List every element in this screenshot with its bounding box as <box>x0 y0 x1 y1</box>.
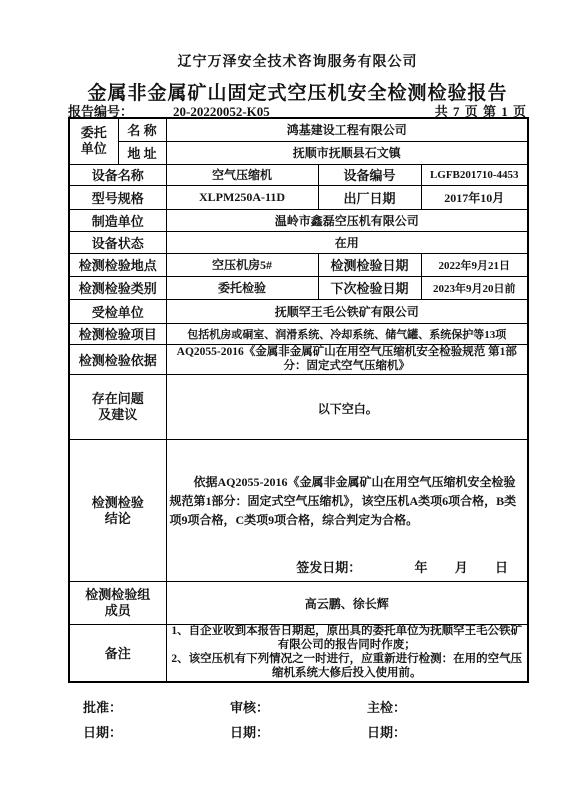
inspection-basis-label: 检测检验依据 <box>69 344 166 375</box>
approve-date-label: 日期： <box>83 722 122 741</box>
inspection-location-value: 空压机房5# <box>166 253 318 276</box>
client-address-label: 地 址 <box>118 141 166 164</box>
mfg-date-value: 2017年10月 <box>421 185 528 209</box>
device-status-value: 在用 <box>166 231 528 253</box>
inspected-unit-label: 受检单位 <box>69 299 166 323</box>
sign-date-line: 签发日期： 年 月 日 <box>170 557 525 576</box>
sign-date-day: 日 <box>495 560 508 575</box>
inspection-date-label: 检测检验日期 <box>318 253 421 276</box>
device-name-label: 设备名称 <box>69 164 166 185</box>
problems-value: 以下空白。 <box>166 375 528 440</box>
approve-label: 批准： <box>83 697 122 716</box>
review-label: 审核： <box>230 697 269 716</box>
notes-value: 1、自企业收到本报告日期起，原出具的委托单位为抚顺罕王毛公铁矿有限公司的报告同时… <box>166 625 528 682</box>
inspection-category-label: 检测检验类别 <box>69 276 166 299</box>
conclusion-text: 依据AQ2055-2016《金属非金属矿山在用空气压缩机安全检验规范第1部分：固… <box>170 473 523 531</box>
inspection-basis-value: AQ2055-2016《金属非金属矿山在用空气压缩机安全检验规范 第1部分：固定… <box>166 344 528 375</box>
device-name-value: 空气压缩机 <box>166 164 318 185</box>
problems-label: 存在问题 及建议 <box>69 375 166 440</box>
report-header: 辽宁万泽安全技术咨询服务有限公司 金属非金属矿山固定式空压机安全检测检验报告 <box>68 51 527 105</box>
client-group-label: 委托 单位 <box>69 118 118 164</box>
report-page: 辽宁万泽安全技术咨询服务有限公司 金属非金属矿山固定式空压机安全检测检验报告 报… <box>0 0 567 802</box>
device-status-label: 设备状态 <box>69 231 166 253</box>
inspection-date-value: 2022年9月21日 <box>421 253 528 276</box>
notes-label: 备注 <box>69 625 166 682</box>
team-members-value: 高云鹏、徐长辉 <box>166 582 528 625</box>
sign-date-label: 签发日期： <box>296 560 361 575</box>
organization-name: 辽宁万泽安全技术咨询服务有限公司 <box>68 51 527 71</box>
inspection-form-table: 委托 单位 名 称 鸿基建设工程有限公司 地 址 抚顺市抚顺县石文镇 设备名称 … <box>68 117 529 683</box>
review-date-label: 日期： <box>230 722 269 741</box>
conclusion-value: 依据AQ2055-2016《金属非金属矿山在用空气压缩机安全检验规范第1部分：固… <box>166 440 528 582</box>
mfg-date-label: 出厂日期 <box>318 185 421 209</box>
next-inspection-date-value: 2023年9月20日前 <box>421 276 528 299</box>
signature-date-row: 日期： 日期： 日期： <box>68 722 527 742</box>
model-spec-label: 型号规格 <box>69 185 166 209</box>
signature-row: 批准： 审核： 主检： <box>68 697 527 717</box>
manufacturer-label: 制造单位 <box>69 209 166 231</box>
conclusion-label: 检测检验 结论 <box>69 440 166 582</box>
model-spec-value: XLPM250A-11D <box>166 185 318 209</box>
inspection-category-value: 委托检验 <box>166 276 318 299</box>
manufacturer-value: 温岭市鑫磊空压机有限公司 <box>166 209 528 231</box>
chief-date-label: 日期： <box>367 722 406 741</box>
device-number-value: LGFB201710-4453 <box>421 164 528 185</box>
inspected-unit-value: 抚顺罕王毛公铁矿有限公司 <box>166 299 528 323</box>
next-inspection-date-label: 下次检验日期 <box>318 276 421 299</box>
note-item-2: 2、该空压机有下列情况之一时进行，应重新进行检测：在用的空气压缩机系统大修后投入… <box>170 653 525 681</box>
sign-date-year: 年 <box>414 560 427 575</box>
inspection-items-value: 包括机房或硐室、润滑系统、冷却系统、储气罐、系统保护等13项 <box>166 323 528 344</box>
client-name-label: 名 称 <box>118 118 166 141</box>
inspection-location-label: 检测检验地点 <box>69 253 166 276</box>
sign-date-month: 月 <box>455 560 468 575</box>
team-label: 检测检验组 成员 <box>69 582 166 625</box>
device-number-label: 设备编号 <box>318 164 421 185</box>
note-item-1: 1、自企业收到本报告日期起，原出具的委托单位为抚顺罕王毛公铁矿有限公司的报告同时… <box>170 625 525 653</box>
client-name-value: 鸿基建设工程有限公司 <box>166 118 528 141</box>
client-address-value: 抚顺市抚顺县石文镇 <box>166 141 528 164</box>
chief-inspector-label: 主检： <box>367 697 406 716</box>
inspection-items-label: 检测检验项目 <box>69 323 166 344</box>
